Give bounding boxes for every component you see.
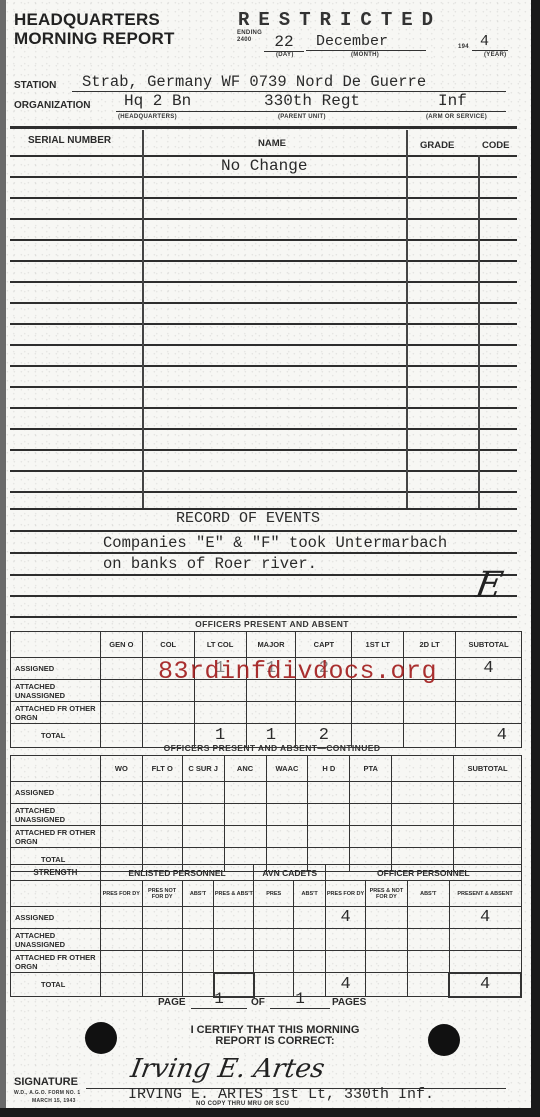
col-enl-pres-abst: PRES & ABS'T — [214, 881, 254, 907]
arm-caption: (ARM OR SERVICE) — [426, 114, 487, 120]
month-caption: (MONTH) — [351, 52, 379, 58]
officers-table: GEN O COL LT COL MAJOR CAPT 1ST LT 2D LT… — [10, 631, 522, 748]
roster-rule — [10, 470, 517, 472]
col-blank — [392, 756, 454, 782]
col-gen-o: GEN O — [100, 632, 142, 658]
col-off-present-absent: PRESENT & ABSENT — [449, 881, 521, 907]
strength-table: STRENGTH ENLISTED PERSONNEL AVN CADETS O… — [10, 864, 522, 998]
form-number: W.D., A.G.O. FORM NO. 1 — [14, 1090, 80, 1096]
col-off-abst: ABS'T — [407, 881, 449, 907]
column-grade: GRADE — [420, 140, 454, 151]
col-subtotal: SUBTOTAL — [456, 632, 522, 658]
headquarters-caption: (HEADQUARTERS) — [118, 114, 177, 120]
page-total: 1 — [270, 990, 330, 1009]
col-cadet-abst: ABS'T — [294, 881, 326, 907]
roster-top-rule — [10, 126, 517, 129]
continued-row-attached-fr-other-orgn: ATTACHED FR OTHER ORGN — [11, 826, 522, 848]
organization-parent-unit: 330th Regt — [264, 92, 360, 110]
roster-rule — [10, 260, 517, 262]
officers-corner — [11, 632, 101, 658]
roster-rule — [10, 239, 517, 241]
report-year-digit: 4 — [472, 33, 508, 51]
record-of-events-line-1: Companies "E" & "F" took Untermarbach — [103, 534, 447, 552]
col-enl-pres-for-dy: PRES FOR DY — [100, 881, 142, 907]
station-label: STATION — [14, 80, 56, 91]
continued-row-assigned: ASSIGNED — [11, 782, 522, 804]
morning-report-sheet: HEADQUARTERS MORNING REPORT RESTRICTED E… — [0, 0, 531, 1108]
roster-rule — [10, 197, 517, 199]
continued-row-attached-unassigned: ATTACHED UNASSIGNED — [11, 804, 522, 826]
serial-name-divider — [142, 130, 144, 508]
roster-entry-name: No Change — [221, 157, 307, 175]
strength-row-assigned: ASSIGNED 4 4 — [11, 907, 522, 929]
website-watermark: 83rdinfdivdocs.org — [158, 657, 437, 686]
name-grade-divider — [406, 130, 408, 508]
initial-mark: E — [472, 565, 506, 606]
report-title: HEADQUARTERS MORNING REPORT — [14, 10, 175, 48]
roster-rule — [10, 344, 517, 346]
col-pta: PTA — [350, 756, 392, 782]
col-c-sur-j: C SUR J — [182, 756, 224, 782]
classification-stamp: RESTRICTED — [238, 9, 442, 31]
officers-continued-title: OFFICERS PRESENT AND ABSENT—CONTINUED — [102, 743, 442, 753]
roster-rule — [10, 281, 517, 283]
strength-row-attached-fr-other-orgn: ATTACHED FR OTHER ORGN — [11, 951, 522, 973]
col-col: COL — [142, 632, 194, 658]
distribution-note: NO COPY THRU MRU OR SCU — [196, 1101, 289, 1107]
roster-rule — [10, 407, 517, 409]
form-date: MARCH 15, 1943 — [32, 1098, 76, 1104]
of-label: OF — [251, 997, 265, 1008]
organization-label: ORGANIZATION — [14, 100, 90, 111]
certification-statement: I CERTIFY THAT THIS MORNING REPORT IS CO… — [146, 1025, 404, 1047]
column-code: CODE — [482, 140, 509, 151]
col-capt: CAPT — [296, 632, 352, 658]
organization-arm: Inf — [438, 92, 467, 110]
roster-rule — [10, 218, 517, 220]
parent-unit-caption: (PARENT UNIT) — [278, 114, 326, 120]
col-anc: ANC — [224, 756, 266, 782]
col-waac: WAAC — [266, 756, 308, 782]
signature-handwritten: Irving E. Artes — [128, 1054, 327, 1084]
roster-rule — [10, 302, 517, 304]
group-avn-cadets: AVN CADETS — [254, 865, 326, 881]
col-off-pres-for-dy: PRES FOR DY — [326, 881, 366, 907]
events-rule — [10, 574, 517, 576]
column-serial-number: SERIAL NUMBER — [28, 135, 111, 146]
year-caption: (YEAR) — [484, 52, 506, 58]
day-caption: (DAY) — [276, 52, 294, 58]
roster-rule — [10, 323, 517, 325]
col-h-d: H D — [308, 756, 350, 782]
roster-rule — [10, 365, 517, 367]
roster-rule — [10, 491, 517, 493]
col-1st-lt: 1ST LT — [352, 632, 404, 658]
title-line-2: MORNING REPORT — [14, 29, 175, 48]
col-2d-lt: 2D LT — [404, 632, 456, 658]
grade-code-divider — [478, 155, 480, 508]
col-cadet-pres: PRES — [254, 881, 294, 907]
report-day: 22 — [264, 33, 304, 52]
officers-continued-table: WO FLT O C SUR J ANC WAAC H D PTA SUBTOT… — [10, 755, 522, 872]
group-enlisted-personnel: ENLISTED PERSONNEL — [100, 865, 254, 881]
year-prefix: 194 — [458, 44, 469, 50]
roster-rule — [10, 428, 517, 430]
strength-row-total: TOTAL 4 4 — [11, 973, 522, 997]
roster-rule — [10, 176, 517, 178]
roster-rule — [10, 386, 517, 388]
col-flt-o: FLT O — [142, 756, 182, 782]
column-name: NAME — [258, 138, 286, 149]
record-of-events-title: RECORD OF EVENTS — [176, 510, 320, 527]
punch-hole-right — [428, 1024, 460, 1056]
col-lt-col: LT COL — [194, 632, 246, 658]
title-line-1: HEADQUARTERS — [14, 10, 175, 29]
ending-label: ENDING 2400 — [237, 30, 262, 44]
officers-continued-corner — [11, 756, 101, 782]
col-enl-abst: ABS'T — [182, 881, 214, 907]
col-off-pres-not-for-dy: PRES & NOT FOR DY — [365, 881, 407, 907]
col-subtotal: SUBTOTAL — [454, 756, 522, 782]
col-wo: WO — [100, 756, 142, 782]
roster-rule — [10, 449, 517, 451]
page-label: PAGE — [158, 997, 186, 1008]
page-number: 1 — [191, 990, 247, 1009]
station-value: Strab, Germany WF 0739 Nord De Guerre — [72, 73, 506, 92]
pages-label: PAGES — [332, 997, 366, 1008]
events-rule — [10, 616, 517, 618]
signature-label: SIGNATURE — [14, 1076, 78, 1088]
col-enl-pres-not-for-dy: PRES NOT FOR DY — [142, 881, 182, 907]
record-of-events-line-2: on banks of Roer river. — [103, 555, 317, 573]
group-officer-personnel: OFFICER PERSONNEL — [326, 865, 521, 881]
officers-row-attached-fr-other-orgn: ATTACHED FR OTHER ORGN — [11, 702, 522, 724]
punch-hole-left — [85, 1022, 117, 1054]
strength-row-attached-unassigned: ATTACHED UNASSIGNED — [11, 929, 522, 951]
events-rule — [10, 552, 517, 554]
events-rule — [10, 530, 517, 532]
report-month: December — [306, 33, 426, 51]
strength-corner-label: STRENGTH — [11, 865, 101, 881]
officers-table-title: OFFICERS PRESENT AND ABSENT — [102, 619, 442, 629]
events-rule — [10, 595, 517, 597]
strength-subheader-corner — [11, 881, 101, 907]
col-major: MAJOR — [246, 632, 296, 658]
organization-headquarters: Hq 2 Bn — [124, 92, 191, 110]
